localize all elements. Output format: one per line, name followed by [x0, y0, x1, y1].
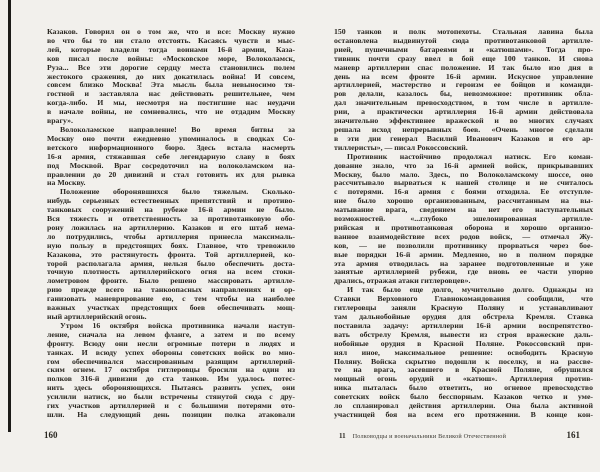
text-line: танковых сооружений на рубеже 16-й армии… [47, 206, 295, 215]
text-line: дрались, отражая атаки гитлеровцев». [334, 277, 593, 286]
text-line: полков 316-й дивизии до ста танков. Им у… [47, 375, 295, 384]
text-line: день на всем фронте 16-й армии. Искусное… [334, 73, 593, 82]
text-line: торой располагала армия, нельзя было обе… [47, 260, 295, 269]
text-line: 16-я армия, стяжавшая себе легендарную с… [47, 153, 295, 162]
text-line: ный артиллерийский огонь. [47, 313, 295, 322]
text-line: ление, сначала на левом фланге, а затем … [47, 331, 295, 340]
text-line: Вся тяжесть и ответственность за противо… [47, 215, 295, 224]
text-line: ков, — не позволили противнику прорватьс… [334, 242, 593, 251]
text-line: лей, которые владели тогда воинами 16-й … [47, 46, 295, 55]
text-line: танках. И всюду успех обороны советских … [47, 349, 295, 358]
text-line: рассчитывало вырваться к нашей столице и… [334, 179, 593, 188]
text-line: на Москву. [47, 179, 295, 188]
text-line: Положение оборонявшихся было тяжелым. Ск… [47, 188, 295, 197]
text-line: фронту. Всюду они несли огромные потери … [47, 340, 295, 349]
text-line: мощный огонь орудий и «катюш». Артиллери… [334, 375, 593, 384]
text-line: во что бы то ни стало отстоять. Касаясь … [47, 37, 295, 46]
text-line: ганизовать маневрирование ею, с тем чтоб… [47, 295, 295, 304]
text-line: врагу». [47, 117, 295, 126]
text-line: ную пользу в предстоящих боях. Главное, … [47, 242, 295, 251]
text-line: Ставки Верховного Главнокомандования соо… [334, 295, 593, 304]
text-line: совсем близко Москва! Эта мысль была нев… [47, 81, 295, 90]
text-line: ло потрудились, чтобы артиллерия принесл… [47, 233, 295, 242]
text-line: рией, пушечными батареями и «катюшами». … [334, 46, 593, 55]
text-line: жестокого сражения, до них докатилась во… [47, 73, 295, 82]
page-right-text-block: 150 танков и полк мотопехоты. Стальная л… [334, 28, 593, 420]
text-line: ков писал после войны: «Московское море,… [47, 55, 295, 64]
text-line: ние было хорошо организованным, рассчита… [334, 197, 593, 206]
text-line: ника пыталась было ответить, но огневое … [334, 384, 593, 393]
text-line: возможностей. «...глубоко эшелонированна… [334, 215, 593, 224]
text-line: участницей боя на всем его протяжении. В… [334, 411, 593, 420]
text-line: гостной и заставляла нас действовать реш… [47, 90, 295, 99]
text-line: дал значительным превосходством, в том ч… [334, 99, 593, 108]
text-line: остановлена выдвинутой сюда противотанко… [334, 37, 593, 46]
text-line: ло спланировал действия артиллерии. Она … [334, 402, 593, 411]
text-line: нобойные орудия в Красной Поляне. Рокосс… [334, 340, 593, 349]
text-line: Противник настойчиво продолжал натиск. Е… [334, 153, 593, 162]
text-line: Руза... Все эти дорогие сердцу места ста… [47, 64, 295, 73]
text-line: Казакова, это растянутость фронта. Той а… [47, 251, 295, 260]
text-line: ветского информационного бюро. Здесь вст… [47, 144, 295, 153]
text-line: И так было еще долго, мучительно долго. … [334, 286, 593, 295]
text-line: 150 танков и полк мотопехоты. Стальная л… [334, 28, 593, 37]
text-line: когда-либо. И мы, несмотря на постигшие … [47, 99, 295, 108]
text-line: маневр артиллерии спас положение. И так … [334, 64, 593, 73]
text-line: в начале войны, не сомневались, что не о… [47, 108, 295, 117]
text-line: Поляну. Войска скрытно подошли к поселку… [334, 358, 593, 367]
text-line: с потерями. 16-я армия с боями отходила.… [334, 188, 593, 197]
text-line: гитлеровцы заняли Красную Поляну и устан… [334, 304, 593, 313]
text-line: нял иное, максимальное решение: освободи… [334, 349, 593, 358]
page-left-text-block: Казаков. Говорил он о том же, что и все:… [47, 28, 295, 420]
text-line: там дальнобойные орудия для обстрела Кре… [334, 313, 593, 322]
text-line: в эти дни генерал Василий Иванович Казак… [334, 135, 593, 144]
text-line: поставила задачу: артиллерии 16-й армии … [334, 322, 593, 331]
text-line: советских войск было бесспорным. Казаков… [334, 393, 593, 402]
page-number-right: 161 [567, 430, 581, 440]
page-number-left: 160 [44, 430, 58, 440]
text-line: Москву оно почти ежедневно упоминалось в… [47, 135, 295, 144]
text-line: тиллеристы», — писал Рокоссовский. [334, 144, 593, 153]
text-line: ров делали, казалось бы, невозможное: пр… [334, 90, 593, 99]
text-line: значительно эффективнее вражеской и во м… [334, 117, 593, 126]
text-line: правлении до 20 дивизий и стал готовить … [47, 171, 295, 180]
text-line: точную плотность артиллерийского огня на… [47, 268, 295, 277]
text-line: ванное взаимодействие всех родов войск, … [334, 233, 593, 242]
text-line: гих участков артиллерией и с большими по… [47, 402, 295, 411]
text-line: вать обстрелу Кремля, вывести из строя в… [334, 331, 593, 340]
text-line: занятые артиллерией рубежи, где вновь ее… [334, 268, 593, 277]
text-line: Казаков. Говорил он о том же, что и все:… [47, 28, 295, 37]
text-line: матывание врага, сведением на нет его на… [334, 206, 593, 215]
text-line: нибудь серьезных естественных препятстви… [47, 197, 295, 206]
text-line: рии, а практически артиллерия 16-й армии… [334, 108, 593, 117]
text-line: гом обеспечивался массированным разящим … [47, 358, 295, 367]
scan-spine-edge [8, 0, 11, 432]
text-line: тивник почти сразу ввел в бой еще 100 та… [334, 55, 593, 64]
text-line: те на врага, засевшего в Красной Поляне,… [334, 366, 593, 375]
text-line: эта армия отводилась на заранее подготов… [334, 260, 593, 269]
text-line: усилили натиск, но были встречены стянут… [47, 393, 295, 402]
text-line: решала исход непрерывных боев. «Очень мн… [334, 126, 593, 135]
page-right: 150 танков и полк мотопехоты. Стальная л… [334, 28, 593, 420]
text-line: под Москвой. Враг сосредоточил на волоко… [47, 162, 295, 171]
text-line: дование знало, что за 16-й армией войск,… [334, 162, 593, 171]
text-line: артиллерией, мастерство и героизм ее бой… [334, 81, 593, 90]
page-left-footer: 160 [44, 430, 58, 440]
text-line: Волоколамское направление! Во время битв… [47, 126, 295, 135]
text-line: рону ложилась на артиллерию. Казаков и е… [47, 224, 295, 233]
signature-number: 11 [339, 432, 346, 440]
text-line: Москву, было мало. Здесь, по Волоколамск… [334, 171, 593, 180]
text-line: лометровом фронте. Было решено массирова… [47, 277, 295, 286]
signature-title: Полководцы и военачальники Великой Отече… [353, 433, 506, 440]
text-line: важных участках предстоящих боев обеспеч… [47, 304, 295, 313]
text-line: рийская и противотанковая оборона и хоро… [334, 224, 593, 233]
text-line: Утром 16 октября войска противника начал… [47, 322, 295, 331]
page-left: Казаков. Говорил он о том же, что и все:… [47, 28, 295, 420]
text-line: вые порядки 16-й армии. Медленно, но в п… [334, 251, 593, 260]
text-line: нить здесь обороняющихся. Пытаясь развит… [47, 384, 295, 393]
page-right-footer: 11 Полководцы и военачальники Великой От… [334, 430, 593, 440]
text-line: шли. На следующий день позиции полка ата… [47, 411, 295, 420]
text-line: рию прежде всего на танкоопасных направл… [47, 286, 295, 295]
text-line: ским огнем. 17 октября гитлеровцы бросил… [47, 366, 295, 375]
